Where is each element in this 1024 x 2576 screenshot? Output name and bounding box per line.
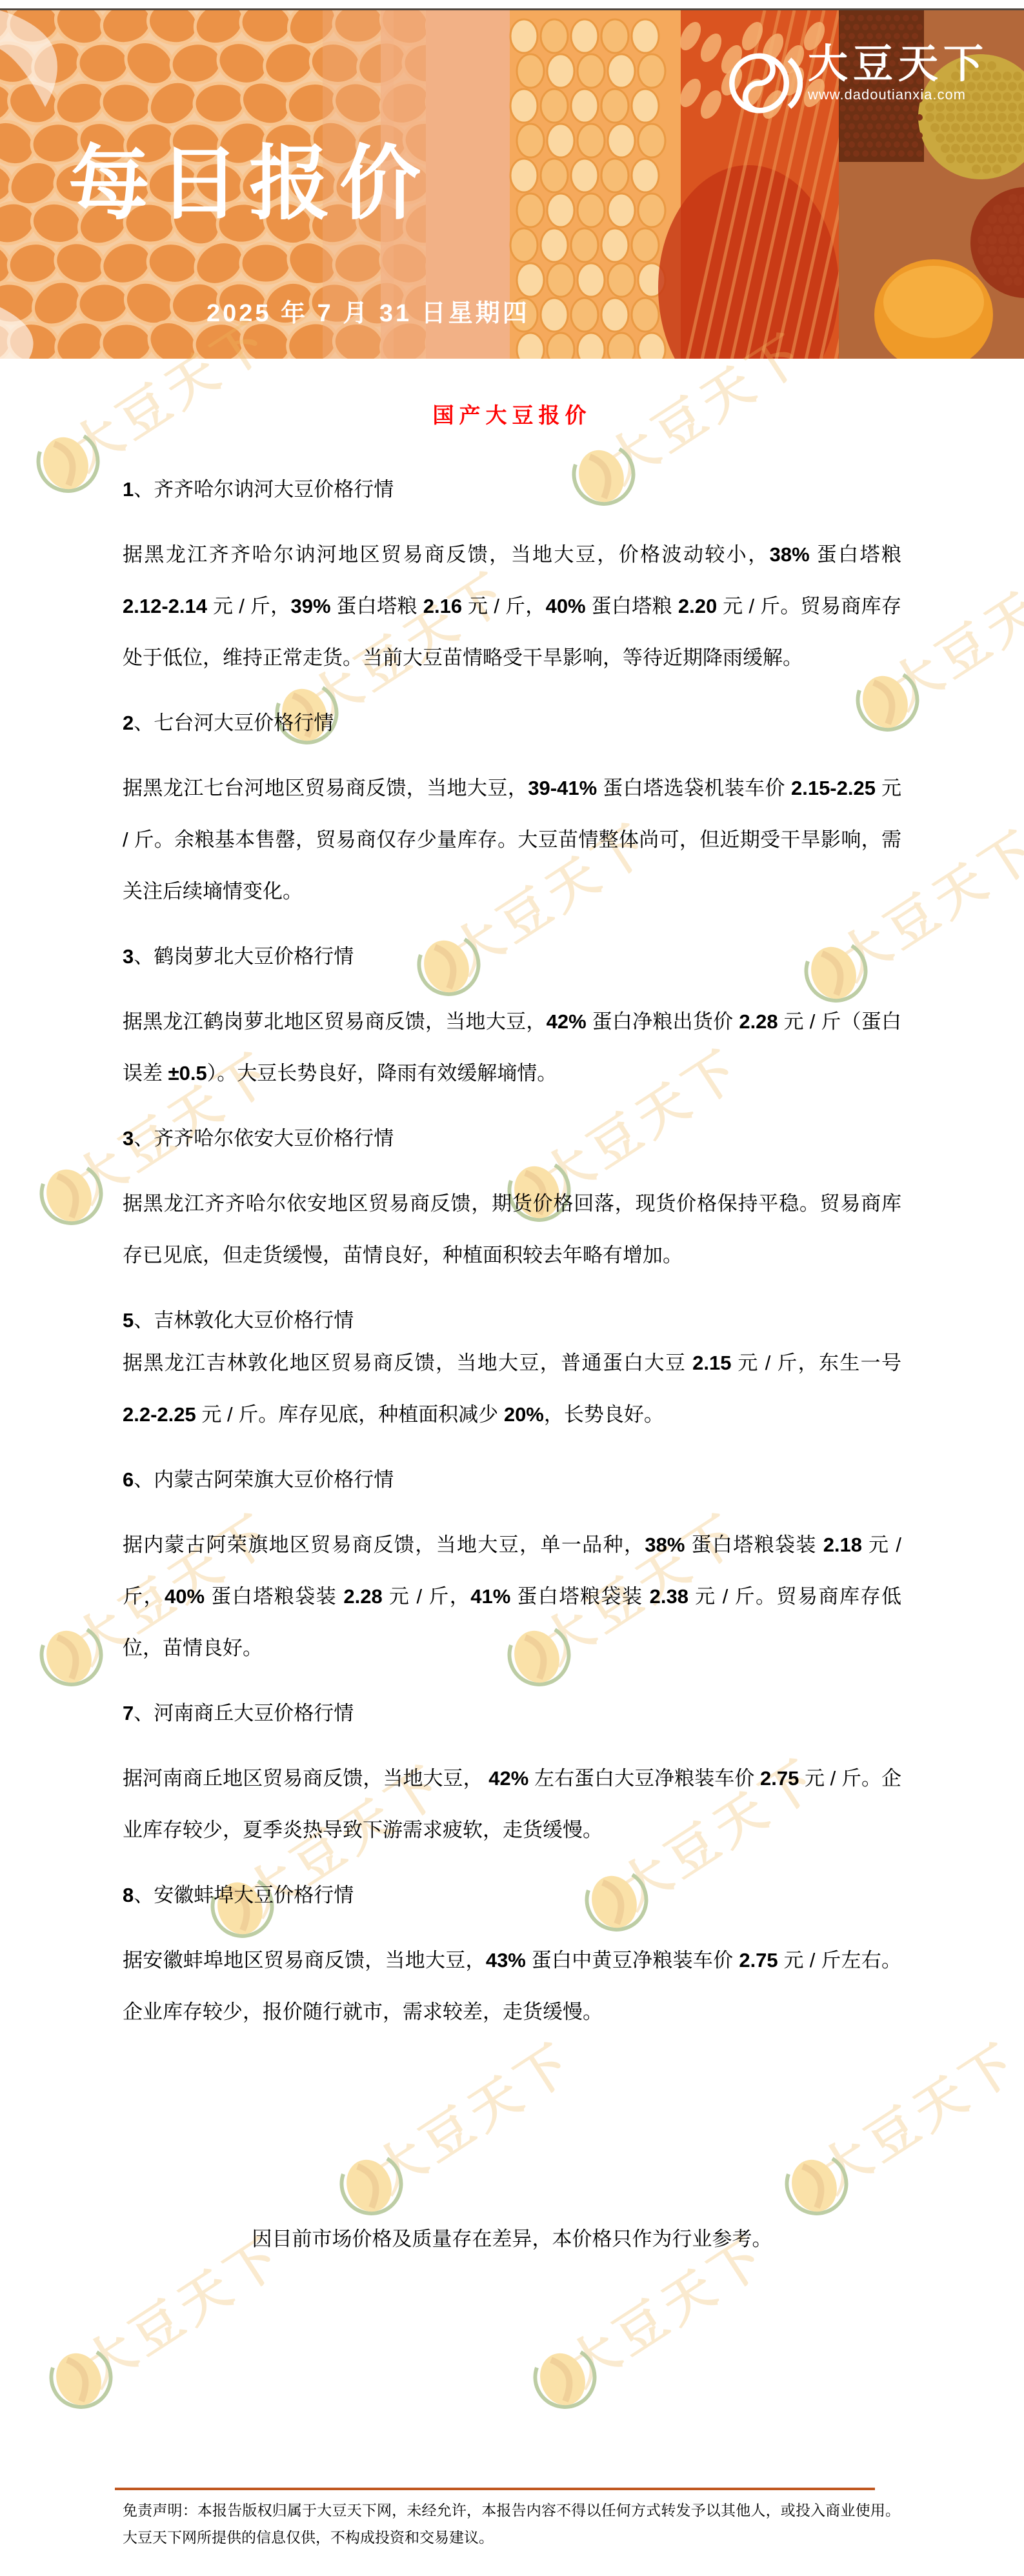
price-section-heading: 3、齐齐哈尔依安大豆价格行情 (123, 1113, 901, 1164)
price-section: 6、内蒙古阿荣旗大豆价格行情 据内蒙古阿荣旗地区贸易商反馈，当地大豆，单一品种，… (123, 1454, 901, 1674)
soybean-swirl-icon (725, 43, 804, 124)
report-main-heading: 国产大豆报价 (123, 399, 901, 429)
price-section-paragraph: 据黑龙江鹤岗萝北地区贸易商反馈，当地大豆，42% 蛋白净粮出货价 2.28 元 … (123, 996, 901, 1099)
report-page: 每日报价 2025 年 7 月 31 日星期四 大豆天下 www.dadouti… (0, 0, 1024, 2576)
report-banner: 每日报价 2025 年 7 月 31 日星期四 大豆天下 www.dadouti… (0, 10, 1024, 359)
price-section: 8、安徽蚌埠大豆价格行情 据安徽蚌埠地区贸易商反馈，当地大豆，43% 蛋白中黄豆… (123, 1870, 901, 2038)
site-logo: 大豆天下 www.dadoutianxia.com (725, 43, 989, 124)
report-date: 2025 年 7 月 31 日星期四 (206, 293, 530, 328)
price-section-paragraph: 据黑龙江齐齐哈尔讷河地区贸易商反馈，当地大豆，价格波动较小，38% 蛋白塔粮 2… (123, 529, 901, 684)
price-section: 1、齐齐哈尔讷河大豆价格行情 据黑龙江齐齐哈尔讷河地区贸易商反馈，当地大豆，价格… (123, 464, 901, 684)
logo-url: www.dadoutianxia.com (808, 86, 989, 103)
price-section-paragraph: 据内蒙古阿荣旗地区贸易商反馈，当地大豆，单一品种，38% 蛋白塔粮袋装 2.18… (123, 1519, 901, 1674)
price-section: 5、吉林敦化大豆价格行情 据黑龙江吉林敦化地区贸易商反馈，当地大豆，普通蛋白大豆… (123, 1295, 901, 1441)
price-section-heading: 2、七台河大豆价格行情 (123, 697, 901, 749)
price-section-heading: 6、内蒙古阿荣旗大豆价格行情 (123, 1454, 901, 1506)
price-section: 2、七台河大豆价格行情 据黑龙江七台河地区贸易商反馈，当地大豆，39-41% 蛋… (123, 697, 901, 917)
price-section-heading: 8、安徽蚌埠大豆价格行情 (123, 1870, 901, 1921)
logo-text-block: 大豆天下 www.dadoutianxia.com (808, 43, 989, 103)
price-section-paragraph: 据黑龙江七台河地区贸易商反馈，当地大豆，39-41% 蛋白塔选袋机装车价 2.1… (123, 763, 901, 917)
reference-note: 因目前市场价格及质量存在差异，本价格只作为行业参考。 (123, 2213, 901, 2265)
logo-name: 大豆天下 (808, 43, 989, 86)
price-section-paragraph: 据黑龙江吉林敦化地区贸易商反馈，当地大豆，普通蛋白大豆 2.15 元 / 斤，东… (123, 1337, 901, 1441)
price-section-heading: 7、河南商丘大豆价格行情 (123, 1688, 901, 1739)
price-section-paragraph: 据黑龙江齐齐哈尔依安地区贸易商反馈，期货价格回落，现货价格保持平稳。贸易商库存已… (123, 1178, 901, 1281)
price-section-heading: 3、鹤岗萝北大豆价格行情 (123, 931, 901, 983)
footer-divider (115, 2488, 875, 2490)
price-section-heading: 1、齐齐哈尔讷河大豆价格行情 (123, 464, 901, 515)
price-section: 7、河南商丘大豆价格行情 据河南商丘地区贸易商反馈，当地大豆， 42% 左右蛋白… (123, 1688, 901, 1856)
price-sections: 1、齐齐哈尔讷河大豆价格行情 据黑龙江齐齐哈尔讷河地区贸易商反馈，当地大豆，价格… (123, 464, 901, 2038)
price-section: 3、鹤岗萝北大豆价格行情 据黑龙江鹤岗萝北地区贸易商反馈，当地大豆，42% 蛋白… (123, 931, 901, 1099)
report-title: 每日报价 (68, 119, 430, 235)
price-section-paragraph: 据河南商丘地区贸易商反馈，当地大豆， 42% 左右蛋白大豆净粮装车价 2.75 … (123, 1753, 901, 1856)
report-content: 国产大豆报价 1、齐齐哈尔讷河大豆价格行情 据黑龙江齐齐哈尔讷河地区贸易商反馈，… (0, 399, 1024, 2265)
price-section: 3、齐齐哈尔依安大豆价格行情 据黑龙江齐齐哈尔依安地区贸易商反馈，期货价格回落，… (123, 1113, 901, 1281)
price-section-paragraph: 据安徽蚌埠地区贸易商反馈，当地大豆，43% 蛋白中黄豆净粮装车价 2.75 元 … (123, 1935, 901, 2038)
disclaimer-text: 免责声明：本报告版权归属于大豆天下网，未经允许，本报告内容不得以任何方式转发予以… (123, 2497, 900, 2551)
